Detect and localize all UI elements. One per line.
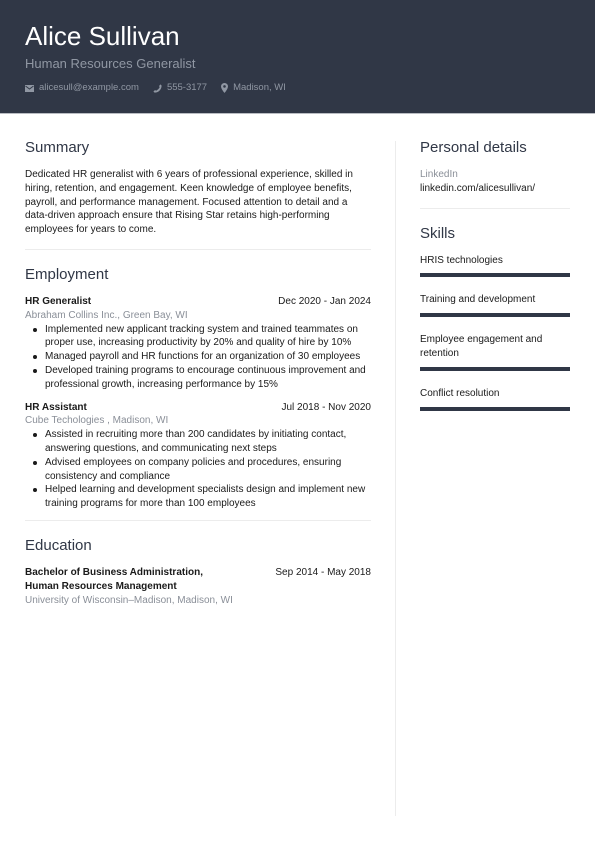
employment-section: Employment HR Generalist Dec 2020 - Jan …	[25, 266, 371, 511]
job-bullet: Assisted in recruiting more than 200 can…	[25, 428, 371, 456]
phone-icon	[153, 84, 162, 93]
job-entry: HR Assistant Jul 2018 - Nov 2020 Cube Te…	[25, 401, 371, 511]
map-pin-icon	[221, 83, 228, 93]
skill-level-bar	[420, 407, 570, 411]
contact-list: alicesull@example.com 555-3177 Madison, …	[25, 82, 300, 94]
skill-level-bar	[420, 313, 570, 317]
skill-level-bar	[420, 367, 570, 371]
job-bullet: Implemented new applicant tracking syste…	[25, 323, 371, 351]
summary-section: Summary Dedicated HR generalist with 6 y…	[25, 139, 371, 237]
personal-details-section: Personal details LinkedIn linkedin.com/a…	[420, 139, 570, 196]
job-title: HR Assistant	[25, 401, 87, 415]
employment-heading: Employment	[25, 266, 371, 284]
skill-item: Conflict resolution	[420, 387, 570, 411]
contact-email-text: alicesull@example.com	[39, 82, 139, 94]
education-heading: Education	[25, 537, 371, 555]
contact-email[interactable]: alicesull@example.com	[25, 82, 139, 94]
skill-item: Employee engagement and retention	[420, 333, 570, 371]
job-bullet: Helped learning and development speciali…	[25, 483, 371, 511]
contact-phone[interactable]: 555-3177	[153, 82, 207, 94]
main-column: Summary Dedicated HR generalist with 6 y…	[25, 139, 371, 607]
education-dates: Sep 2014 - May 2018	[275, 566, 371, 594]
contact-location: Madison, WI	[221, 82, 286, 94]
linkedin-label: LinkedIn	[420, 168, 570, 182]
education-section: Education Bachelor of Business Administr…	[25, 537, 371, 607]
summary-text: Dedicated HR generalist with 6 years of …	[25, 168, 371, 237]
skill-item: HRIS technologies	[420, 254, 570, 278]
side-column: Personal details LinkedIn linkedin.com/a…	[420, 139, 570, 427]
skill-name: Training and development	[420, 293, 570, 307]
skill-level-fill	[420, 407, 570, 411]
skill-level-fill	[420, 367, 570, 371]
education-school: University of Wisconsin–Madison, Madison…	[25, 594, 371, 608]
personal-details-heading: Personal details	[420, 139, 570, 157]
job-bullets: Assisted in recruiting more than 200 can…	[25, 428, 371, 511]
job-dates: Jul 2018 - Nov 2020	[281, 401, 371, 415]
education-degree: Bachelor of Business Administration, Hum…	[25, 566, 225, 594]
job-entry: HR Generalist Dec 2020 - Jan 2024 Abraha…	[25, 295, 371, 392]
job-company: Abraham Collins Inc., Green Bay, WI	[25, 309, 371, 323]
job-dates: Dec 2020 - Jan 2024	[278, 295, 371, 309]
skill-name: HRIS technologies	[420, 254, 570, 268]
skill-name: Employee engagement and retention	[420, 333, 570, 361]
section-divider	[25, 520, 371, 521]
skill-level-fill	[420, 313, 570, 317]
candidate-name: Alice Sullivan	[25, 21, 180, 51]
job-bullets: Implemented new applicant tracking syste…	[25, 323, 371, 392]
job-title: HR Generalist	[25, 295, 91, 309]
skills-heading: Skills	[420, 225, 570, 243]
resume-header: Alice Sullivan Human Resources Generalis…	[0, 0, 595, 114]
skill-name: Conflict resolution	[420, 387, 570, 401]
skill-level-bar	[420, 273, 570, 277]
skill-level-fill	[420, 273, 570, 277]
skill-item: Training and development	[420, 293, 570, 317]
job-bullet: Developed training programs to encourage…	[25, 364, 371, 392]
section-divider	[420, 208, 570, 209]
summary-heading: Summary	[25, 139, 371, 157]
job-bullet: Managed payroll and HR functions for an …	[25, 350, 371, 364]
candidate-title: Human Resources Generalist	[25, 56, 196, 71]
contact-phone-text: 555-3177	[167, 82, 207, 94]
linkedin-link[interactable]: linkedin.com/alicesullivan/	[420, 182, 570, 196]
skills-section: Skills HRIS technologiesTraining and dev…	[420, 225, 570, 411]
contact-location-text: Madison, WI	[233, 82, 286, 94]
job-bullet: Advised employees on company policies an…	[25, 456, 371, 484]
job-company: Cube Techologies , Madison, WI	[25, 414, 371, 428]
section-divider	[25, 249, 371, 250]
column-divider	[395, 141, 396, 816]
envelope-icon	[25, 85, 34, 92]
